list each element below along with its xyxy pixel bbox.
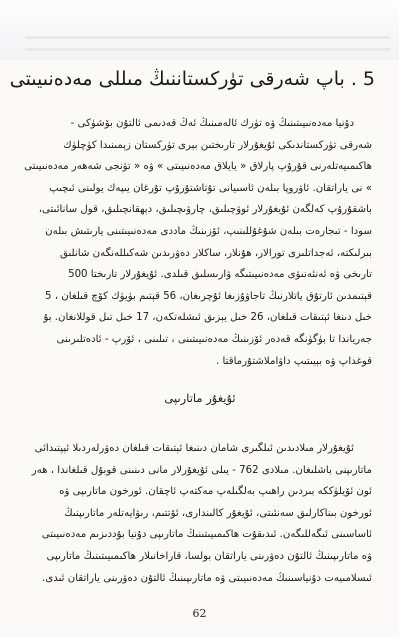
text-line: خىل دىنغا ئېتىقات قىلغان، 26 خىل يېزىق ئ…	[22, 307, 372, 329]
text-line: جەرياندا تا بۈگۈنگە قەدەر ئۆزىنىڭ مەدەنى…	[22, 329, 372, 351]
text-line: ۋە ماتارىپىنىڭ ئالتۇن دەۋرىنى ياراتقان ب…	[22, 546, 372, 568]
text-line: ھاكىمىيەتلەرنى قۇرۇپ پارلاق « يايلاق مەد…	[22, 156, 372, 178]
text-line: ئاساسىنى ئىگەللىگەن. ئىدىقۇت ھاكىمىيىتىن…	[22, 524, 372, 546]
bleed-line	[25, 36, 390, 39]
text-line: شەرقى تۈركستاندىكى ئۇيغۇرلار تارىختىن بې…	[22, 135, 372, 157]
text-line: ئون ئۆيلۈككە بىردىن راھىپ بەلگىلەپ مەكتە…	[22, 481, 372, 503]
text-line: دۇنيا مەدەنىيىتىنىڭ ۋە تۈرك ئالەمىنىڭ ئە…	[22, 113, 372, 135]
text-line: ماتارىپنى باشلىغان. مىلادى 762 - يىلى ئۇ…	[22, 460, 372, 482]
text-line: بىرلىكتە، ئەجداتلىرى تورالار، ھۇنلار، سا…	[22, 243, 372, 265]
paragraph-1: دۇنيا مەدەنىيىتىنىڭ ۋە تۈرك ئالەمىنىڭ ئە…	[22, 113, 372, 372]
text-line: ئۇيغۇرلار مىلادىدىن ئىلگىرى شامان دىنىغا…	[22, 438, 372, 460]
text-line: » نى ياراتقان. ئاۋروپا بىلەن ئاسىيانى تۇ…	[22, 178, 372, 200]
text-line: ئىسلامىيەت دۇنياسىنىڭ مەدەنىيىتى ۋە ماتا…	[22, 568, 372, 590]
paragraph-2: ئۇيغۇرلار مىلادىدىن ئىلگىرى شامان دىنىغا…	[22, 438, 372, 589]
text-line: قوغداپ ۋە بېيىتىپ داۋاملاشتۇرماقتا .	[22, 351, 372, 373]
text-line: سودا - تىجارەت بىلەن شۇغۇللىنىپ، ئۆزىنىڭ…	[22, 221, 372, 243]
page-number: 62	[0, 607, 399, 620]
text-line: باشقۇرۇپ كەلگەن ئۇيغۇرلار ئوۋچىلىق، چارۋ…	[22, 199, 372, 221]
section-title: ئۇيغۇر ماتارىپى	[30, 388, 370, 408]
text-line: قېتىمدىن ئارتۇق ياتلارنىڭ تاجاۋۇزىغا ئۇچ…	[22, 286, 372, 308]
chapter-title: 5 . باپ شەرقى تۈركستاننىڭ مىللى مەدەنىيى…	[30, 62, 375, 96]
text-line: ئورخون بىناكارلىق سەنئىتى، ئۇيغۇر كالىند…	[22, 503, 372, 525]
previous-page-bleed-through	[0, 0, 399, 60]
bleed-line	[25, 48, 390, 51]
text-line: تارىخى ۋە ئەنئەنىۋى مەدەنىيىتىگە ۋارىسلى…	[22, 264, 372, 286]
